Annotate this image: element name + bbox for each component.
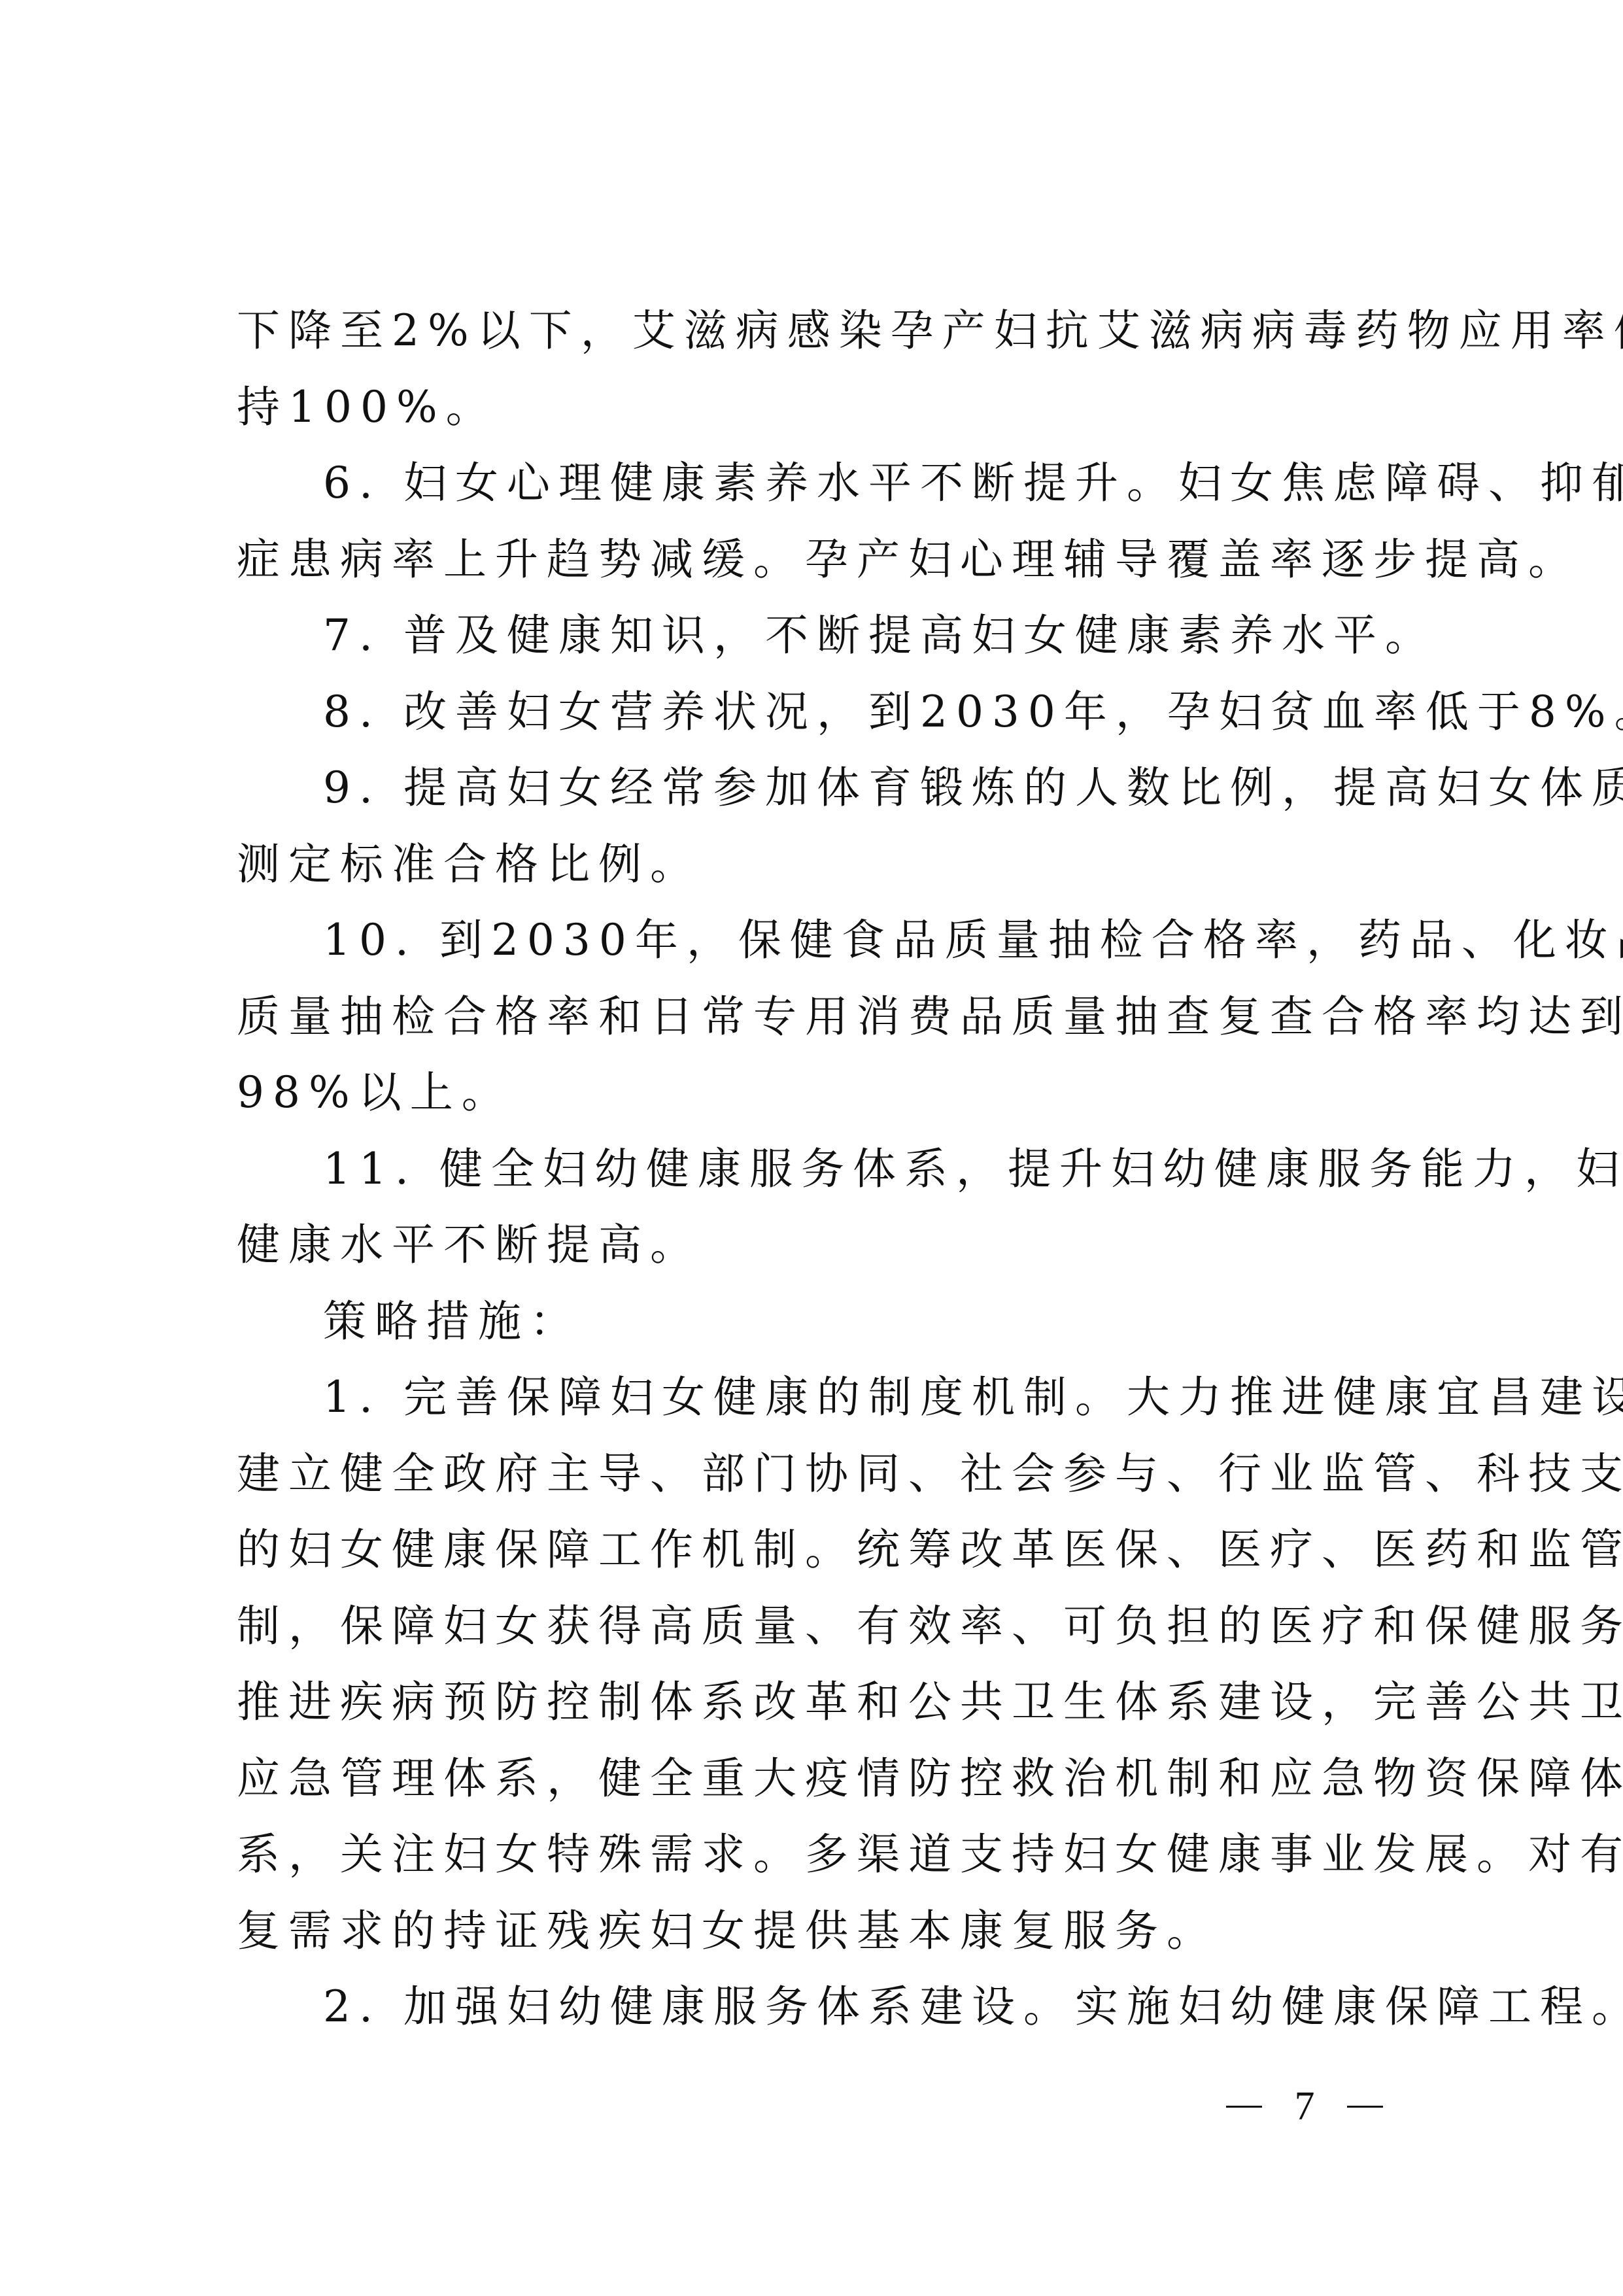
text-line: 症患病率上升趋势减缓。孕产妇心理辅导覆盖率逐步提高。 [237, 522, 1392, 598]
section-heading: 策略措施： [237, 1284, 1392, 1360]
text-line: 建立健全政府主导、部门协同、社会参与、行业监管、科技支撑 [237, 1436, 1392, 1513]
text-line: 质量抽检合格率和日常专用消费品质量抽查复查合格率均达到 [237, 979, 1392, 1055]
text-line: 6. 妇女心理健康素养水平不断提升。妇女焦虑障碍、抑郁 [237, 445, 1392, 522]
text-line: 复需求的持证残疾妇女提供基本康复服务。 [237, 1893, 1392, 1970]
text-line: 8. 改善妇女营养状况，到2030年，孕妇贫血率低于8%。 [237, 674, 1392, 751]
text-line: 测定标准合格比例。 [237, 827, 1392, 903]
text-line: 7. 普及健康知识，不断提高妇女健康素养水平。 [237, 598, 1392, 674]
text-line: 制，保障妇女获得高质量、有效率、可负担的医疗和保健服务。 [237, 1588, 1392, 1665]
dash-left [1226, 2106, 1262, 2108]
text-line: 10. 到2030年，保健食品质量抽检合格率，药品、化妆品 [237, 902, 1392, 979]
text-line: 9. 提高妇女经常参加体育锻炼的人数比例，提高妇女体质 [237, 750, 1392, 827]
text-line: 2. 加强妇幼健康服务体系建设。实施妇幼健康保障工程。 [237, 1969, 1392, 2046]
page-number-value: 7 [1295, 2086, 1315, 2127]
text-line: 健康水平不断提高。 [237, 1207, 1392, 1284]
text-line: 11. 健全妇幼健康服务体系，提升妇幼健康服务能力，妇女 [237, 1131, 1392, 1208]
dash-right [1347, 2106, 1383, 2108]
document-body: 下降至2%以下，艾滋病感染孕产妇抗艾滋病病毒药物应用率保 持100%。 6. 妇… [237, 293, 1392, 2046]
text-line: 系，关注妇女特殊需求。多渠道支持妇女健康事业发展。对有康 [237, 1817, 1392, 1893]
text-line: 下降至2%以下，艾滋病感染孕产妇抗艾滋病病毒药物应用率保 [237, 293, 1392, 369]
page-number: 7 [1226, 2086, 1383, 2127]
text-line: 1. 完善保障妇女健康的制度机制。大力推进健康宜昌建设， [237, 1360, 1392, 1436]
text-line: 推进疾病预防控制体系改革和公共卫生体系建设，完善公共卫生 [237, 1664, 1392, 1741]
text-line: 98%以上。 [237, 1055, 1392, 1131]
text-line: 持100%。 [237, 369, 1392, 446]
text-line: 应急管理体系，健全重大疫情防控救治机制和应急物资保障体 [237, 1741, 1392, 1817]
text-line: 的妇女健康保障工作机制。统筹改革医保、医疗、医药和监管体 [237, 1512, 1392, 1588]
